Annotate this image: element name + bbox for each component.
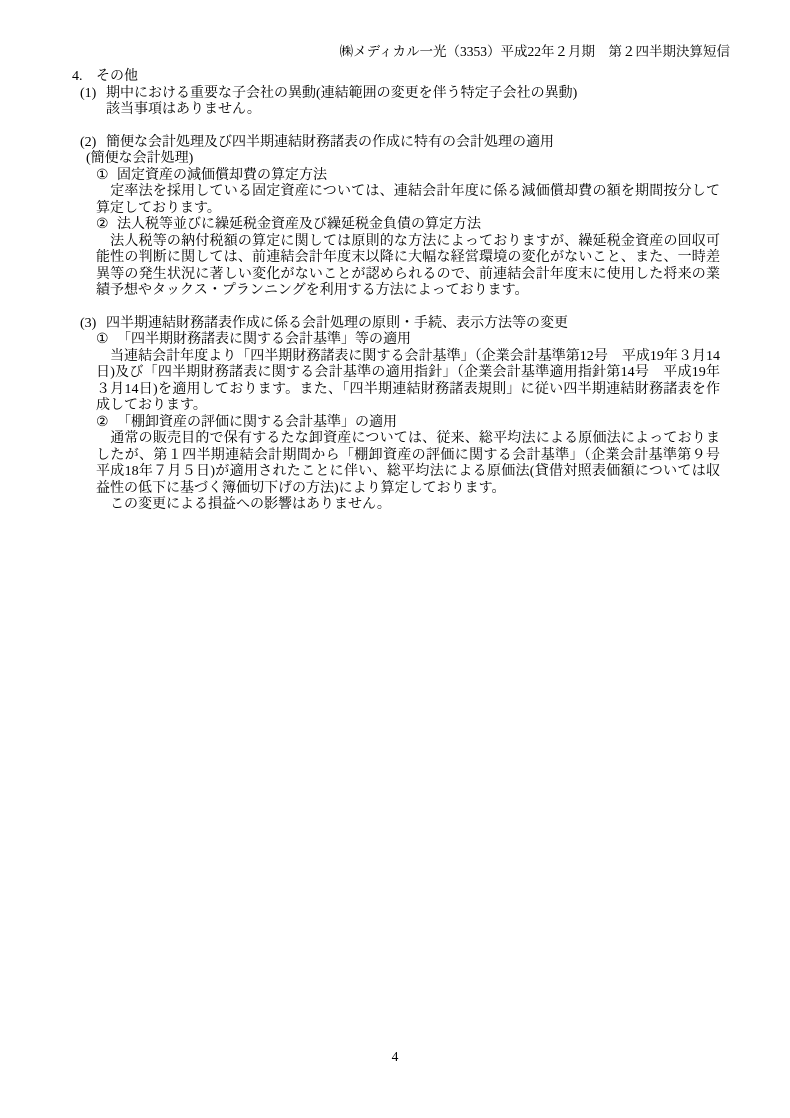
subsection-1-heading: (1) 期中における重要な子会社の異動(連結範囲の変更を伴う特定子会社の異動) — [80, 86, 720, 103]
subsection-3-heading: (3) 四半期連結財務諸表作成に係る会計処理の原則・手続、表示方法等の変更 — [80, 316, 720, 333]
page-footer: 4 — [0, 1049, 790, 1066]
subsection-3-item-1: ① 「四半期財務諸表に関する会計基準」等の適用 当連結会計年度より「四半期財務諸… — [96, 332, 720, 415]
subsection-2-number: (2) — [80, 135, 106, 152]
subsection-2-item-2-title: 法人税等並びに繰延税金資産及び繰延税金負債の算定方法 — [117, 217, 720, 234]
subsection-2: (2) 簡便な会計処理及び四半期連結財務諸表の作成に特有の会計処理の適用 (簡便… — [80, 135, 720, 300]
subsection-2-item-2-paragraph: 法人税等の納付税額の算定に関しては原則的な方法によっておりますが、繰延税金資産の… — [96, 234, 720, 300]
subsection-3-item-1-paragraph: 当連結会計年度より「四半期財務諸表に関する会計基準」（企業会計基準第12号 平成… — [96, 349, 720, 415]
document-header: ㈱メディカル一光（3353）平成22年２月期 第２四半期決算短信 — [0, 44, 730, 61]
subsection-3-item-2: ② 「棚卸資産の評価に関する会計基準」の適用 通常の販売目的で保有するたな卸資産… — [96, 415, 720, 514]
subsection-3: (3) 四半期連結財務諸表作成に係る会計処理の原則・手続、表示方法等の変更 ① … — [80, 316, 720, 514]
circled-number-1: ① — [96, 332, 117, 349]
subsection-1-number: (1) — [80, 86, 106, 103]
subsection-3-number: (3) — [80, 316, 106, 333]
subsection-1-title: 期中における重要な子会社の異動(連結範囲の変更を伴う特定子会社の異動) — [106, 86, 720, 103]
subsection-1-text: 該当事項はありません。 — [106, 102, 720, 119]
document-body: 4. その他 (1) 期中における重要な子会社の異動(連結範囲の変更を伴う特定子… — [72, 69, 720, 514]
subsection-2-item-1-heading: ① 固定資産の減価償却費の算定方法 — [96, 168, 720, 185]
subsection-3-item-2-paragraph-2: この変更による損益への影響はありません。 — [96, 497, 720, 514]
subsection-2-title: 簡便な会計処理及び四半期連結財務諸表の作成に特有の会計処理の適用 — [106, 135, 720, 152]
section-title: その他 — [96, 69, 138, 86]
circled-number-2: ② — [96, 217, 117, 234]
subsection-2-item-2-heading: ② 法人税等並びに繰延税金資産及び繰延税金負債の算定方法 — [96, 217, 720, 234]
document-page: ㈱メディカル一光（3353）平成22年２月期 第２四半期決算短信 4. その他 … — [0, 0, 790, 1118]
subsection-2-heading: (2) 簡便な会計処理及び四半期連結財務諸表の作成に特有の会計処理の適用 — [80, 135, 720, 152]
subsection-2-item-1: ① 固定資産の減価償却費の算定方法 定率法を採用している固定資産については、連結… — [96, 168, 720, 218]
section-4-heading: 4. その他 — [72, 69, 720, 86]
subsection-2-item-1-paragraph: 定率法を採用している固定資産については、連結会計年度に係る減価償却費の額を期間按… — [96, 184, 720, 217]
subsection-3-title: 四半期連結財務諸表作成に係る会計処理の原則・手続、表示方法等の変更 — [106, 316, 720, 333]
section-number: 4. — [72, 69, 96, 86]
subsection-1-body: 該当事項はありません。 — [106, 102, 720, 119]
subsection-3-item-2-title: 「棚卸資産の評価に関する会計基準」の適用 — [117, 415, 720, 432]
doc-title: ㈱メディカル一光（3353）平成22年２月期 第２四半期決算短信 — [340, 44, 730, 59]
subsection-2-note: (簡便な会計処理) — [86, 151, 720, 168]
subsection-2-item-1-title: 固定資産の減価償却費の算定方法 — [117, 168, 720, 185]
subsection-3-item-2-heading: ② 「棚卸資産の評価に関する会計基準」の適用 — [96, 415, 720, 432]
subsection-1: (1) 期中における重要な子会社の異動(連結範囲の変更を伴う特定子会社の異動) … — [80, 86, 720, 119]
subsection-2-item-2: ② 法人税等並びに繰延税金資産及び繰延税金負債の算定方法 法人税等の納付税額の算… — [96, 217, 720, 300]
circled-number-2: ② — [96, 415, 117, 432]
subsection-3-item-2-paragraph-1: 通常の販売目的で保有するたな卸資産については、従来、総平均法による原価法によって… — [96, 431, 720, 497]
subsection-3-item-1-heading: ① 「四半期財務諸表に関する会計基準」等の適用 — [96, 332, 720, 349]
subsection-3-item-1-title: 「四半期財務諸表に関する会計基準」等の適用 — [117, 332, 720, 349]
page-number: 4 — [392, 1049, 399, 1064]
circled-number-1: ① — [96, 168, 117, 185]
